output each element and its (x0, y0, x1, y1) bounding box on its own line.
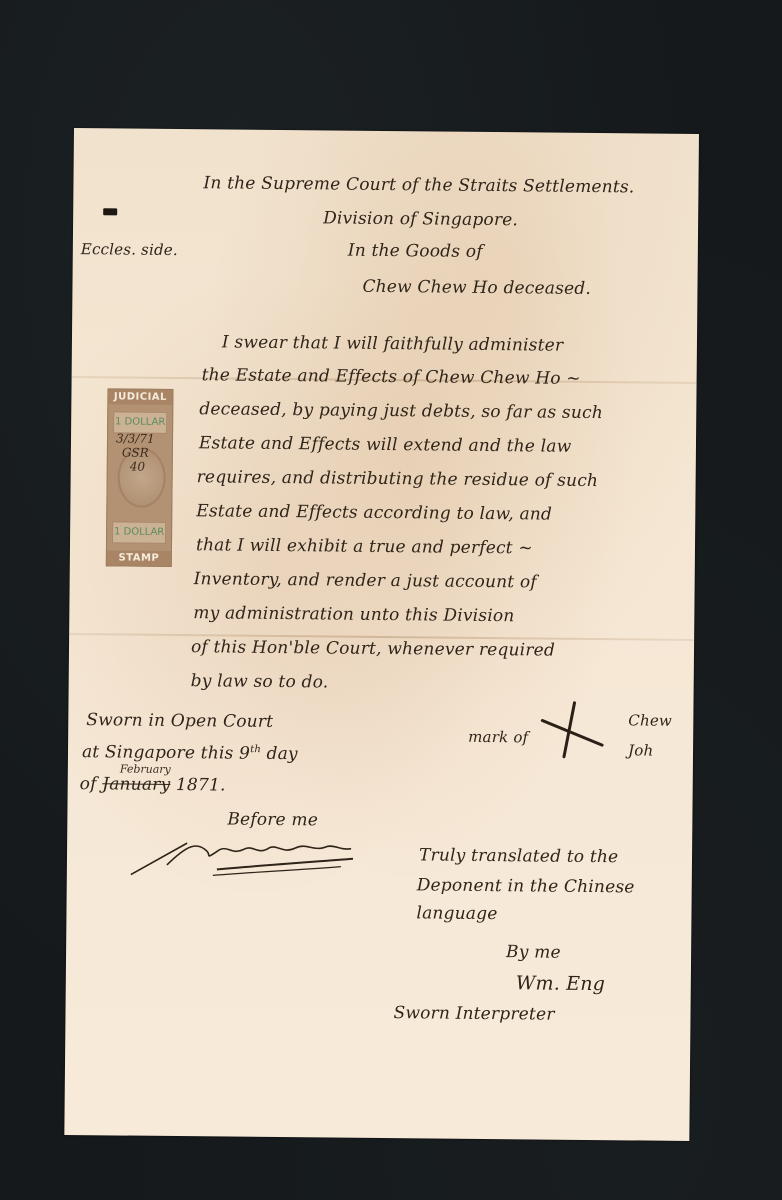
oath-line: that I will exhibit a true and perfect ~ (196, 535, 533, 558)
stamp-cancel-number: 40 (130, 460, 155, 474)
oath-line: requires, and distributing the residue o… (197, 467, 599, 491)
commissioner-signature (127, 825, 368, 887)
interpreter-signature: Wm. Eng (516, 972, 606, 995)
judicial-stamp: JUDICIAL 1 DOLLAR 3/3/71 GSR 40 1 DOLLAR… (106, 388, 174, 567)
stamp-cancel-date: 3/3/71 (116, 431, 155, 445)
side-label: Eccles. side. (81, 240, 178, 259)
mark-of-label: mark of (468, 728, 528, 747)
oath-line: of this Hon'ble Court, whenever required (191, 637, 555, 660)
x-mark-icon (538, 700, 609, 761)
deceased-line: Chew Chew Ho deceased. (362, 277, 591, 299)
struck-month: January (102, 774, 170, 795)
oath-line: deceased, by paying just debts, so far a… (199, 399, 603, 423)
oath-line: by law so to do. (191, 671, 329, 692)
oath-line: the Estate and Effects of Chew Chew Ho ~ (202, 365, 581, 389)
oath-line: Estate and Effects according to law, and (196, 501, 552, 524)
stamp-cancel-initials: GSR (122, 445, 155, 459)
stamp-cancellation: 3/3/71 GSR 40 (116, 431, 155, 473)
stamp-bottom-label: STAMP (107, 550, 171, 566)
oath-line: my administration unto this Division (193, 603, 514, 626)
interpreter-title: Sworn Interpreter (393, 1003, 554, 1025)
division-heading: Division of Singapore. (323, 208, 518, 230)
oath-line: Estate and Effects will extend and the l… (199, 433, 572, 457)
jurat-line-3: of January 1871. (80, 774, 226, 795)
stamp-top-label: JUDICIAL (108, 389, 172, 405)
deponent-name-top: Chew (628, 711, 672, 729)
jurat-date-text: at Singapore this 9 (82, 742, 250, 764)
jurat-of-text: of (80, 774, 103, 794)
oath-line: Inventory, and render a just account of (194, 569, 537, 592)
jurat-ordinal: th (250, 744, 261, 755)
translation-line: language (416, 903, 497, 924)
translation-line: Truly translated to the (419, 845, 618, 867)
ink-blot (103, 208, 117, 215)
jurat-day-text: day (261, 744, 298, 764)
jurat-line-1: Sworn in Open Court (86, 710, 273, 732)
jurat-year: 1871. (170, 775, 225, 796)
court-heading: In the Supreme Court of the Straits Sett… (203, 173, 634, 197)
goods-line: In the Goods of (348, 241, 483, 262)
jurat-line-2: at Singapore this 9th day (82, 742, 298, 764)
stamp-value-bottom: 1 DOLLAR (112, 521, 166, 544)
oath-line: I swear that I will faithfully administe… (222, 332, 564, 355)
document-sheet: In the Supreme Court of the Straits Sett… (64, 128, 699, 1141)
deponent-name-bottom: Joh (628, 741, 653, 759)
translation-line: Deponent in the Chinese (417, 875, 635, 897)
by-me-label: By me (506, 942, 561, 963)
